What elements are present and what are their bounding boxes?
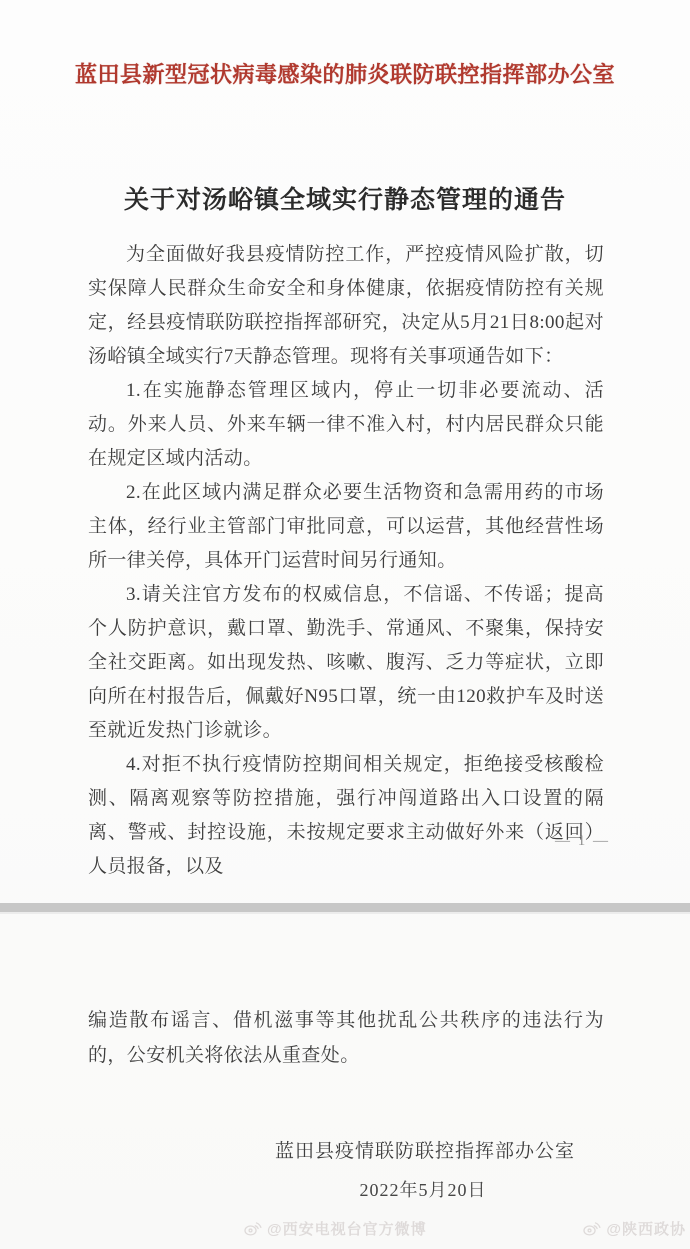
continuation-paragraph: 编造散布谣言、借机滋事等其他扰乱公共秩序的违法行为的，公安机关将依法从重查处。 [88, 1003, 604, 1073]
body-paragraph: 2.在此区域内满足群众必要生活物资和急需用药的市场主体，经行业主管部门审批同意，… [88, 476, 604, 578]
watermark-left: @西安电视台官方微博 [243, 1218, 427, 1239]
watermark-label: @陕西政协 [606, 1218, 686, 1239]
page-divider [0, 903, 690, 914]
watermark-right: @陕西政协 [582, 1218, 686, 1239]
watermark-label: @西安电视台官方微博 [267, 1218, 427, 1239]
body-paragraph: 4.对拒不执行疫情防控期间相关规定，拒绝接受核酸检测、隔离观察等防控措施，强行冲… [88, 748, 604, 884]
notice-title: 关于对汤峪镇全域实行静态管理的通告 [0, 180, 690, 216]
issuer-signature: 蓝田县疫情联防联控指挥部办公室 [0, 1136, 690, 1163]
notice-body: 为全面做好我县疫情防控工作，严控疫情风险扩散，切实保障人民群众生命安全和身体健康… [88, 238, 604, 884]
body-paragraph: 为全面做好我县疫情防控工作，严控疫情风险扩散，切实保障人民群众生命安全和身体健康… [88, 238, 604, 374]
weibo-icon [243, 1219, 262, 1238]
page-number: — 1 — [555, 833, 610, 850]
body-paragraph: 1.在实施静态管理区域内，停止一切非必要流动、活动。外来人员、外来车辆一律不准入… [88, 374, 604, 476]
issue-date: 2022年5月20日 [0, 1176, 690, 1202]
notice-document: 蓝田县新型冠状病毒感染的肺炎联防联控指挥部办公室 关于对汤峪镇全域实行静态管理的… [0, 0, 690, 1249]
weibo-icon [582, 1219, 601, 1238]
body-paragraph: 3.请关注官方发布的权威信息，不信谣、不传谣；提高个人防护意识，戴口罩、勤洗手、… [88, 578, 604, 748]
letterhead-title: 蓝田县新型冠状病毒感染的肺炎联防联控指挥部办公室 [0, 58, 690, 89]
notice-continuation: 编造散布谣言、借机滋事等其他扰乱公共秩序的违法行为的，公安机关将依法从重查处。 [88, 1003, 604, 1073]
